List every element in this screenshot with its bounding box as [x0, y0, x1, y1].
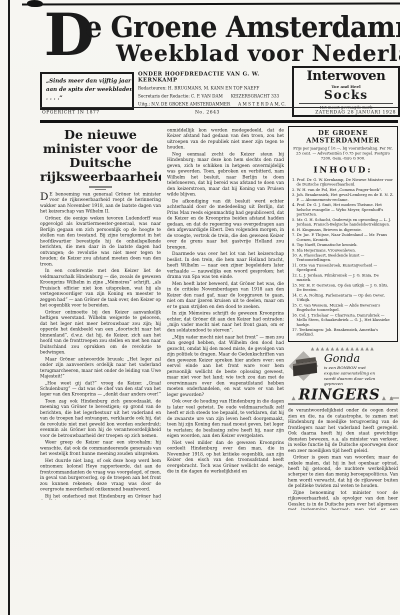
contents-box-title: DE GROENE AMSTERDAMMER: [292, 130, 394, 145]
article-body-col1: DE benoeming van generaal Gröner tot min…: [40, 192, 161, 500]
dateline: OPGERICHT IN 1877 No. 2643 ZATERDAG 28 J…: [40, 107, 398, 123]
secretary-line: Secretaris der Redactie: C. P. VAN DAM K…: [138, 94, 288, 99]
paragraph: de verantwoordelijkheid onder de oogen d…: [288, 408, 398, 454]
ad-brand-name: RINGERS: [299, 388, 381, 403]
contents-item: 10. A. Plasschaert, Beeldende kunst — Te…: [292, 253, 394, 262]
socks-mid-text: Toe and Heel: [294, 84, 398, 89]
paragraph: DE benoeming van generaal Gröner tot min…: [40, 192, 161, 215]
contents-item: 17. Teekeningen: Joh. Braakensiek, Ameri…: [292, 328, 394, 337]
contents-item: 7. Dr. Jac. P. Thijsse, Naar Zuidenland …: [292, 233, 394, 242]
paragraph: Ook over de houding van Hindenburg in di…: [167, 399, 284, 439]
editors-line: Redacteuren: H. BRUGMANS, M. KANN EN TOP…: [138, 86, 288, 91]
bonbon-box-illustration: [288, 352, 324, 381]
publisher-line: Uitg.: N.V. DE GROENE AMSTERDAMMER A M S…: [138, 102, 288, 107]
right-column: DE GROENE AMSTERDAMMER Prijs per jaargan…: [288, 126, 398, 510]
paragraph: Toen zag ook Hindenburg zich genoodzaakt…: [40, 399, 161, 439]
contents-list: 1. Prof. Dr. G. W. Kernkamp, De Nieuwe M…: [292, 177, 394, 337]
founded-label: OPGERICHT IN 1877: [42, 110, 100, 115]
paragraph: In een conferentie met den Keizer liet d…: [40, 269, 161, 309]
ad-tagline: is een BONBON met exquise samenstelling …: [324, 365, 378, 387]
tagline-box: „Sinds meer dan vijftig jaar aan de spit…: [40, 72, 134, 110]
masthead-title: e Groene Amsterdammer: [85, 10, 400, 44]
paragraph: Gröner is geen man van woorden; maar de …: [288, 455, 398, 489]
contents-item: 16. Col. J. Tichelaar — Charivaria, Damr…: [292, 313, 394, 327]
contents-item: 14. C. A. Nolting, Parlementaria — Op de…: [292, 293, 394, 302]
paragraph: Weer greep de Keizer naar een stroohalm:…: [40, 440, 161, 457]
paragraph: De afkondiging van dit besluit werd echt…: [167, 199, 284, 251]
contents-item: 8. Top Naeff, Dramatische kroniek.: [292, 243, 394, 248]
contents-item: 6. H. Kingmans, Brieven in digressie.: [292, 227, 394, 232]
scan-edge-left: [8, 0, 10, 615]
contents-box: DE GROENE AMSTERDAMMER Prijs per jaargan…: [288, 126, 398, 342]
contents-item: 1. Prof. Dr. G. W. Kernkamp, De Nieuwe M…: [292, 177, 394, 186]
paragraph: onmiddellijk kon worden medegedeeld, dat…: [167, 128, 284, 151]
paragraph: In zijn Mémoires schrijft de gewezen Kro…: [167, 311, 284, 334]
chief-editor-line: ONDER HOOFDREDACTIE VAN G. W. KERNKAMP: [138, 71, 288, 83]
article-headline: De nieuwe minister voor de Duitsche rijk…: [40, 128, 161, 184]
paragraph: Het duurde niet lang, of ook deze hoop w…: [40, 458, 161, 492]
issue-number: No. 2643: [195, 110, 220, 115]
subscription-info: Prijs per jaargang f 10.—, bij vooruitbe…: [292, 146, 394, 161]
contents-item: 5. Mr. G. H. Schacht, Onderwijs en opvoe…: [292, 217, 394, 226]
issue-date: ZATERDAG 28 JANUARI 1928: [315, 110, 396, 115]
paragraph: Gröner ontmoette bij den Keizer aanvanke…: [40, 310, 161, 356]
contents-item: 11. Otto van Tussenbroek, Kunstnijverhei…: [292, 263, 394, 272]
contents-item: 3. Joh. Braakensiek, Het geval-Lemberg e…: [292, 193, 394, 202]
triangle-right-icon: ▲ ▲: [382, 396, 394, 402]
contents-item: 15. C. van Wessem, Muziek — Alide Bevers…: [292, 303, 394, 312]
paragraph: Daarmede was over het lot van het keizer…: [167, 252, 284, 281]
contents-item: 4. Prof. Dr. G. J. Smit, Het modern Theï…: [292, 203, 394, 217]
paragraph: Maar Gröner antwoordde bruusk: „Het lege…: [40, 357, 161, 380]
paragraph: Nog eenmaal zocht de Keizer steun bij Hi…: [167, 152, 284, 198]
bonbon-shape: [293, 361, 317, 376]
paragraph: „Hoe weet gij dat?” vroeg de Keizer. „Gr…: [40, 381, 161, 398]
contents-item: 2. W. H. van de Pol, Het „Comena Prager-…: [292, 187, 394, 192]
newspaper-page: D e Groene Amsterdammer Weekblad voor Ne…: [0, 0, 400, 615]
paragraph: Gröner, die eenige weken tevoren Ludendo…: [40, 216, 161, 268]
contents-item: 12. L. J. Jordaan, Filmkroniek — J. G. S…: [292, 273, 394, 282]
headline-ornament: [89, 187, 112, 188]
socks-product: Socks: [294, 88, 398, 102]
article-body-col3: de verantwoordelijkheid onder de oogen d…: [288, 408, 398, 510]
paragraph: Men heeft later beweerd, dat Gröner het …: [167, 281, 284, 310]
masthead: D e Groene Amsterdammer Weekblad voor Ne…: [40, 10, 398, 68]
contents-item: 9. Ida Heijermans, Vrouwenleven.: [292, 248, 394, 253]
masthead-subtitle: Weekblad voor Nederland: [116, 41, 400, 67]
ringers-advertisement: ▲▲▲▲▲▲▲▲▲▲▲▲▲ Gonda is een BONBON met ex…: [288, 347, 398, 405]
paragraph: Zijne benoeming tot minister voor de rij…: [288, 490, 398, 510]
triangle-border-icon: ▲▲▲▲▲▲▲▲▲▲▲▲▲: [288, 347, 398, 352]
socks-brand: Interwoven: [294, 69, 398, 84]
article-column-1: De nieuwe minister voor de Duitsche rijk…: [40, 128, 161, 500]
paragraph: „Mijn vader mocht niet naar het front” —…: [167, 335, 284, 398]
triangle-left-icon: ▲: [292, 396, 297, 402]
contents-heading: INHOUD:: [292, 165, 394, 175]
editorial-info: ONDER HOOFDREDACTIE VAN G. W. KERNKAMP R…: [138, 71, 288, 109]
article-body-col2: onmiddellijk kon worden medegedeeld, dat…: [167, 128, 284, 475]
scan-ink-blob: [27, 0, 43, 7]
ad-product-name: Gonda: [324, 353, 398, 364]
tagline-text: „Sinds meer dan vijftig jaar aan de spit…: [42, 74, 134, 105]
contents-item: 13. Mr. H. F. Gerretson, Op den uitkijk …: [292, 283, 394, 292]
article-column-2: onmiddellijk kon worden medegedeeld, dat…: [167, 128, 284, 502]
paragraph: Niet veel milder dan de gewezen Kroonpri…: [167, 440, 284, 474]
paragraph: Bij het onderhoud met Hindenburg en Grön…: [40, 494, 161, 500]
